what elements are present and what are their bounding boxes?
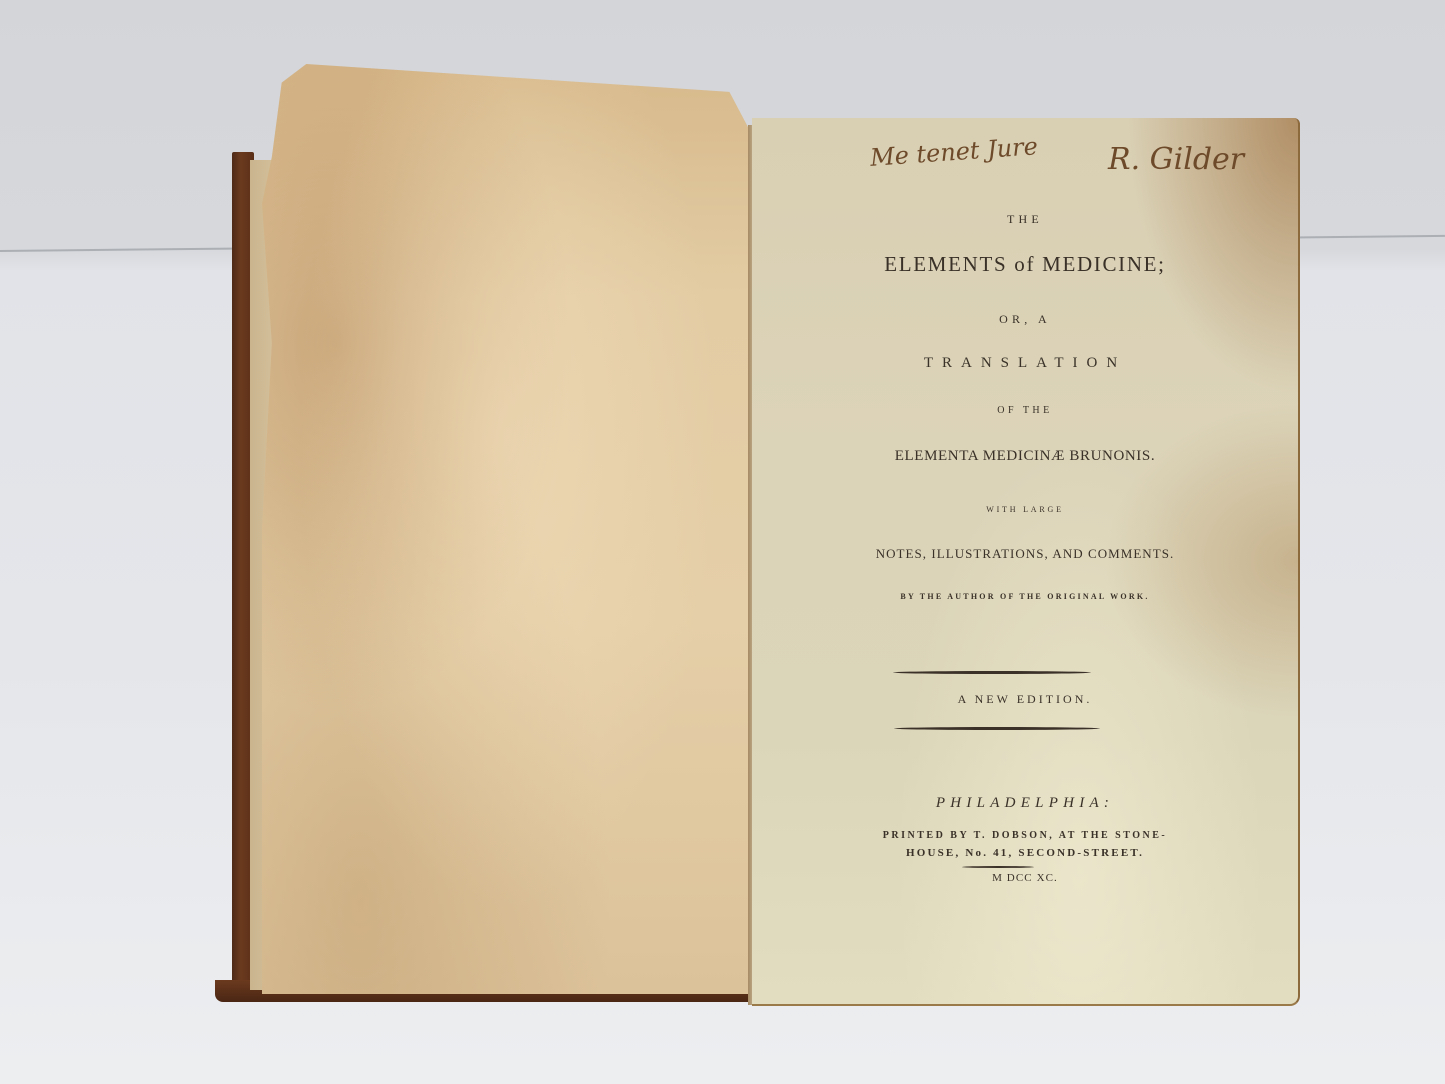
printer-line-2: HOUSE, No. 41, SECOND-STREET. bbox=[752, 847, 1298, 859]
with-large: WITH LARGE bbox=[752, 505, 1298, 514]
notes-line: NOTES, ILLUSTRATIONS, AND COMMENTS. bbox=[752, 546, 1298, 562]
title-of-the: OF THE bbox=[752, 405, 1298, 416]
main-title: ELEMENTS of MEDICINE; bbox=[752, 252, 1298, 277]
blank-left-page bbox=[262, 64, 754, 994]
title-or-a: OR, A bbox=[752, 312, 1298, 327]
title-translation: TRANSLATION bbox=[752, 355, 1298, 372]
year-line: M DCC XC. bbox=[752, 872, 1298, 884]
year-rule bbox=[962, 866, 1034, 868]
rule-bottom bbox=[894, 727, 1100, 730]
edition-line: A NEW EDITION. bbox=[752, 692, 1298, 707]
handwritten-signature: R. Gilder bbox=[1108, 142, 1244, 177]
latin-title: ELEMENTA MEDICINÆ BRUNONIS. bbox=[752, 448, 1298, 465]
by-author-line: BY THE AUTHOR OF THE ORIGINAL WORK. bbox=[752, 592, 1298, 601]
place-line: PHILADELPHIA: bbox=[752, 795, 1298, 812]
title-the: THE bbox=[752, 212, 1298, 227]
printer-line-1: PRINTED BY T. DOBSON, AT THE STONE- bbox=[752, 830, 1298, 841]
rule-top bbox=[893, 671, 1091, 674]
